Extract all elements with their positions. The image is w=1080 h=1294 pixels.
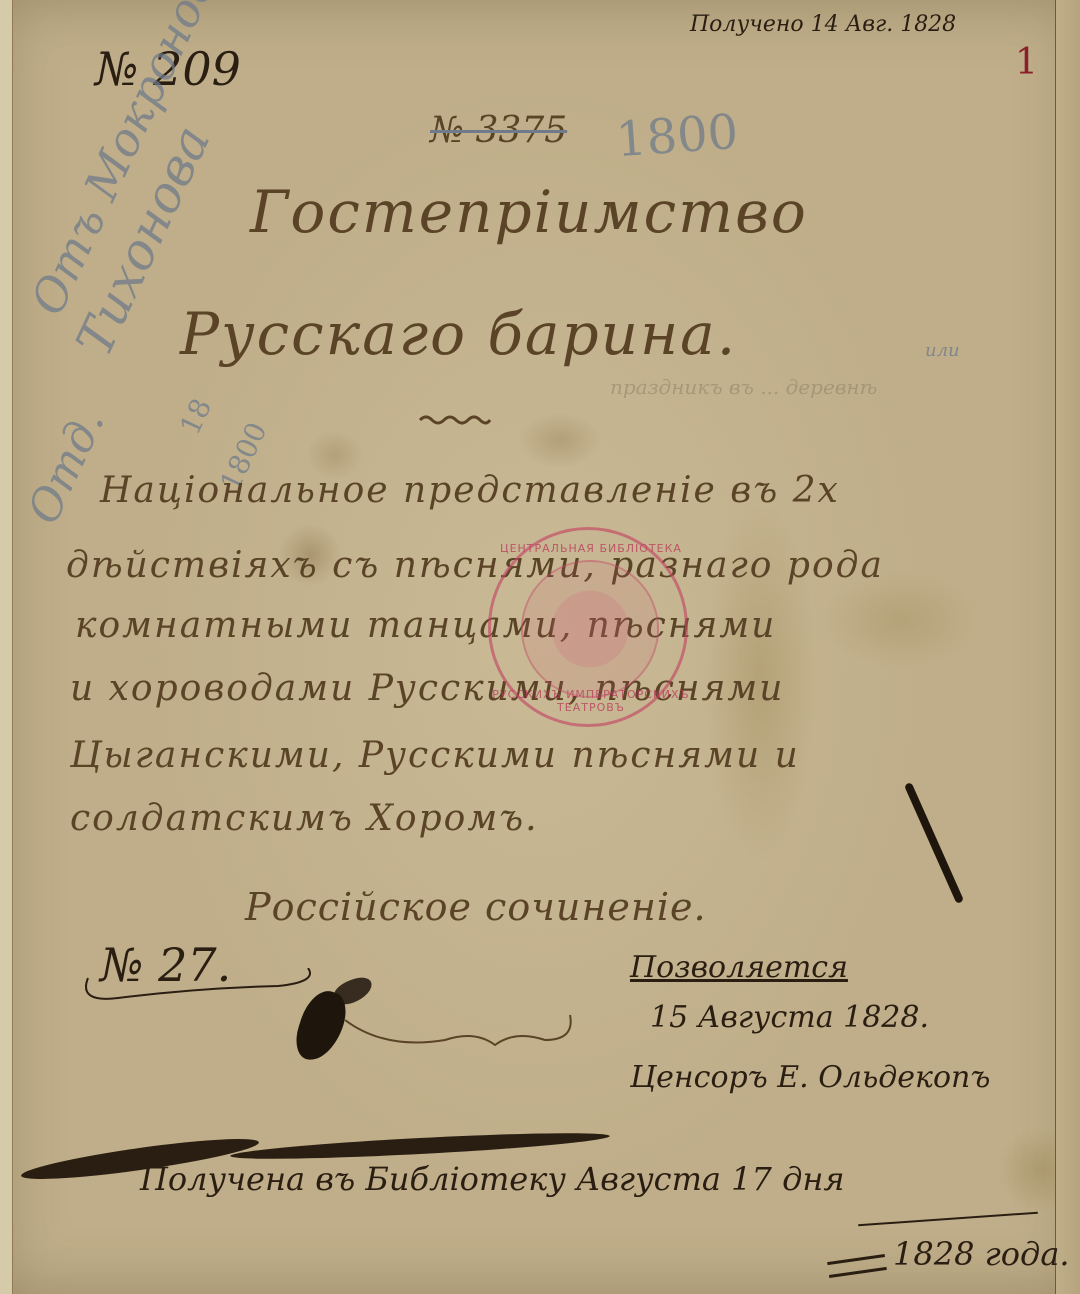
subtitle: Россійское сочиненіе. bbox=[245, 885, 707, 929]
ink-blot bbox=[330, 974, 375, 1008]
pencil-fraction-top: 18 bbox=[173, 393, 218, 439]
pencil-number: 1800 bbox=[614, 104, 740, 168]
library-receipt-year: 1828 года. bbox=[893, 1235, 1070, 1273]
underline bbox=[858, 1212, 1038, 1227]
double-dash bbox=[827, 1254, 887, 1278]
alternate-title-pencil: или bbox=[925, 340, 960, 361]
approval-label: Позволяется bbox=[630, 950, 848, 985]
stamp-text-top: ЦЕНТРАЛЬНАЯ БИБЛІОТЕКА bbox=[491, 542, 691, 555]
flourish-icon bbox=[345, 1010, 575, 1060]
margin-pencil-line-3: Отд. bbox=[18, 402, 115, 532]
description-line: дѣйствіяхъ съ пѣснями, разнаго рода bbox=[66, 545, 884, 586]
received-note: Получено 14 Авг. 1828 bbox=[690, 12, 956, 37]
alternate-title-pencil-2: праздникъ въ ... деревнѣ bbox=[610, 375, 877, 399]
library-receipt-text: Получена въ Библіотеку Августа 17 дня bbox=[140, 1160, 845, 1198]
title-line-1: Гостепріимство bbox=[250, 178, 808, 246]
description-line: Національное представленіе въ 2х bbox=[100, 470, 840, 511]
ink-stroke bbox=[904, 782, 964, 904]
library-stamp: ЦЕНТРАЛЬНАЯ БИБЛІОТЕКА РУССКИХЪ ИМПЕРАТО… bbox=[488, 527, 688, 727]
manuscript-page: № 209 Получено 14 Авг. 1828 1 № 3375 180… bbox=[0, 0, 1080, 1294]
page-number: 1 bbox=[1015, 42, 1038, 83]
flourish-icon bbox=[78, 968, 328, 1008]
stamp-text-bottom: РУССКИХЪ ИМПЕРАТОРСКИХЪ ТЕАТРОВЪ bbox=[491, 688, 691, 714]
divider-squiggle-icon bbox=[418, 414, 492, 426]
censor-signature: Ценсоръ Е. Ольдекопъ bbox=[630, 1060, 990, 1095]
description-line: Цыганскими, Русскими пѣснями и bbox=[70, 735, 800, 776]
paper-edge-right bbox=[1055, 0, 1080, 1294]
ink-stroke bbox=[230, 1128, 610, 1164]
paper-edge-left bbox=[0, 0, 13, 1294]
old-number-text: № 3375 bbox=[430, 110, 567, 151]
old-number-struck: № 3375 bbox=[430, 110, 567, 151]
description-line: солдатскимъ Хоромъ. bbox=[70, 798, 539, 839]
approval-date: 15 Августа 1828. bbox=[650, 1000, 929, 1035]
title-line-2: Русскаго барина. bbox=[180, 300, 737, 368]
